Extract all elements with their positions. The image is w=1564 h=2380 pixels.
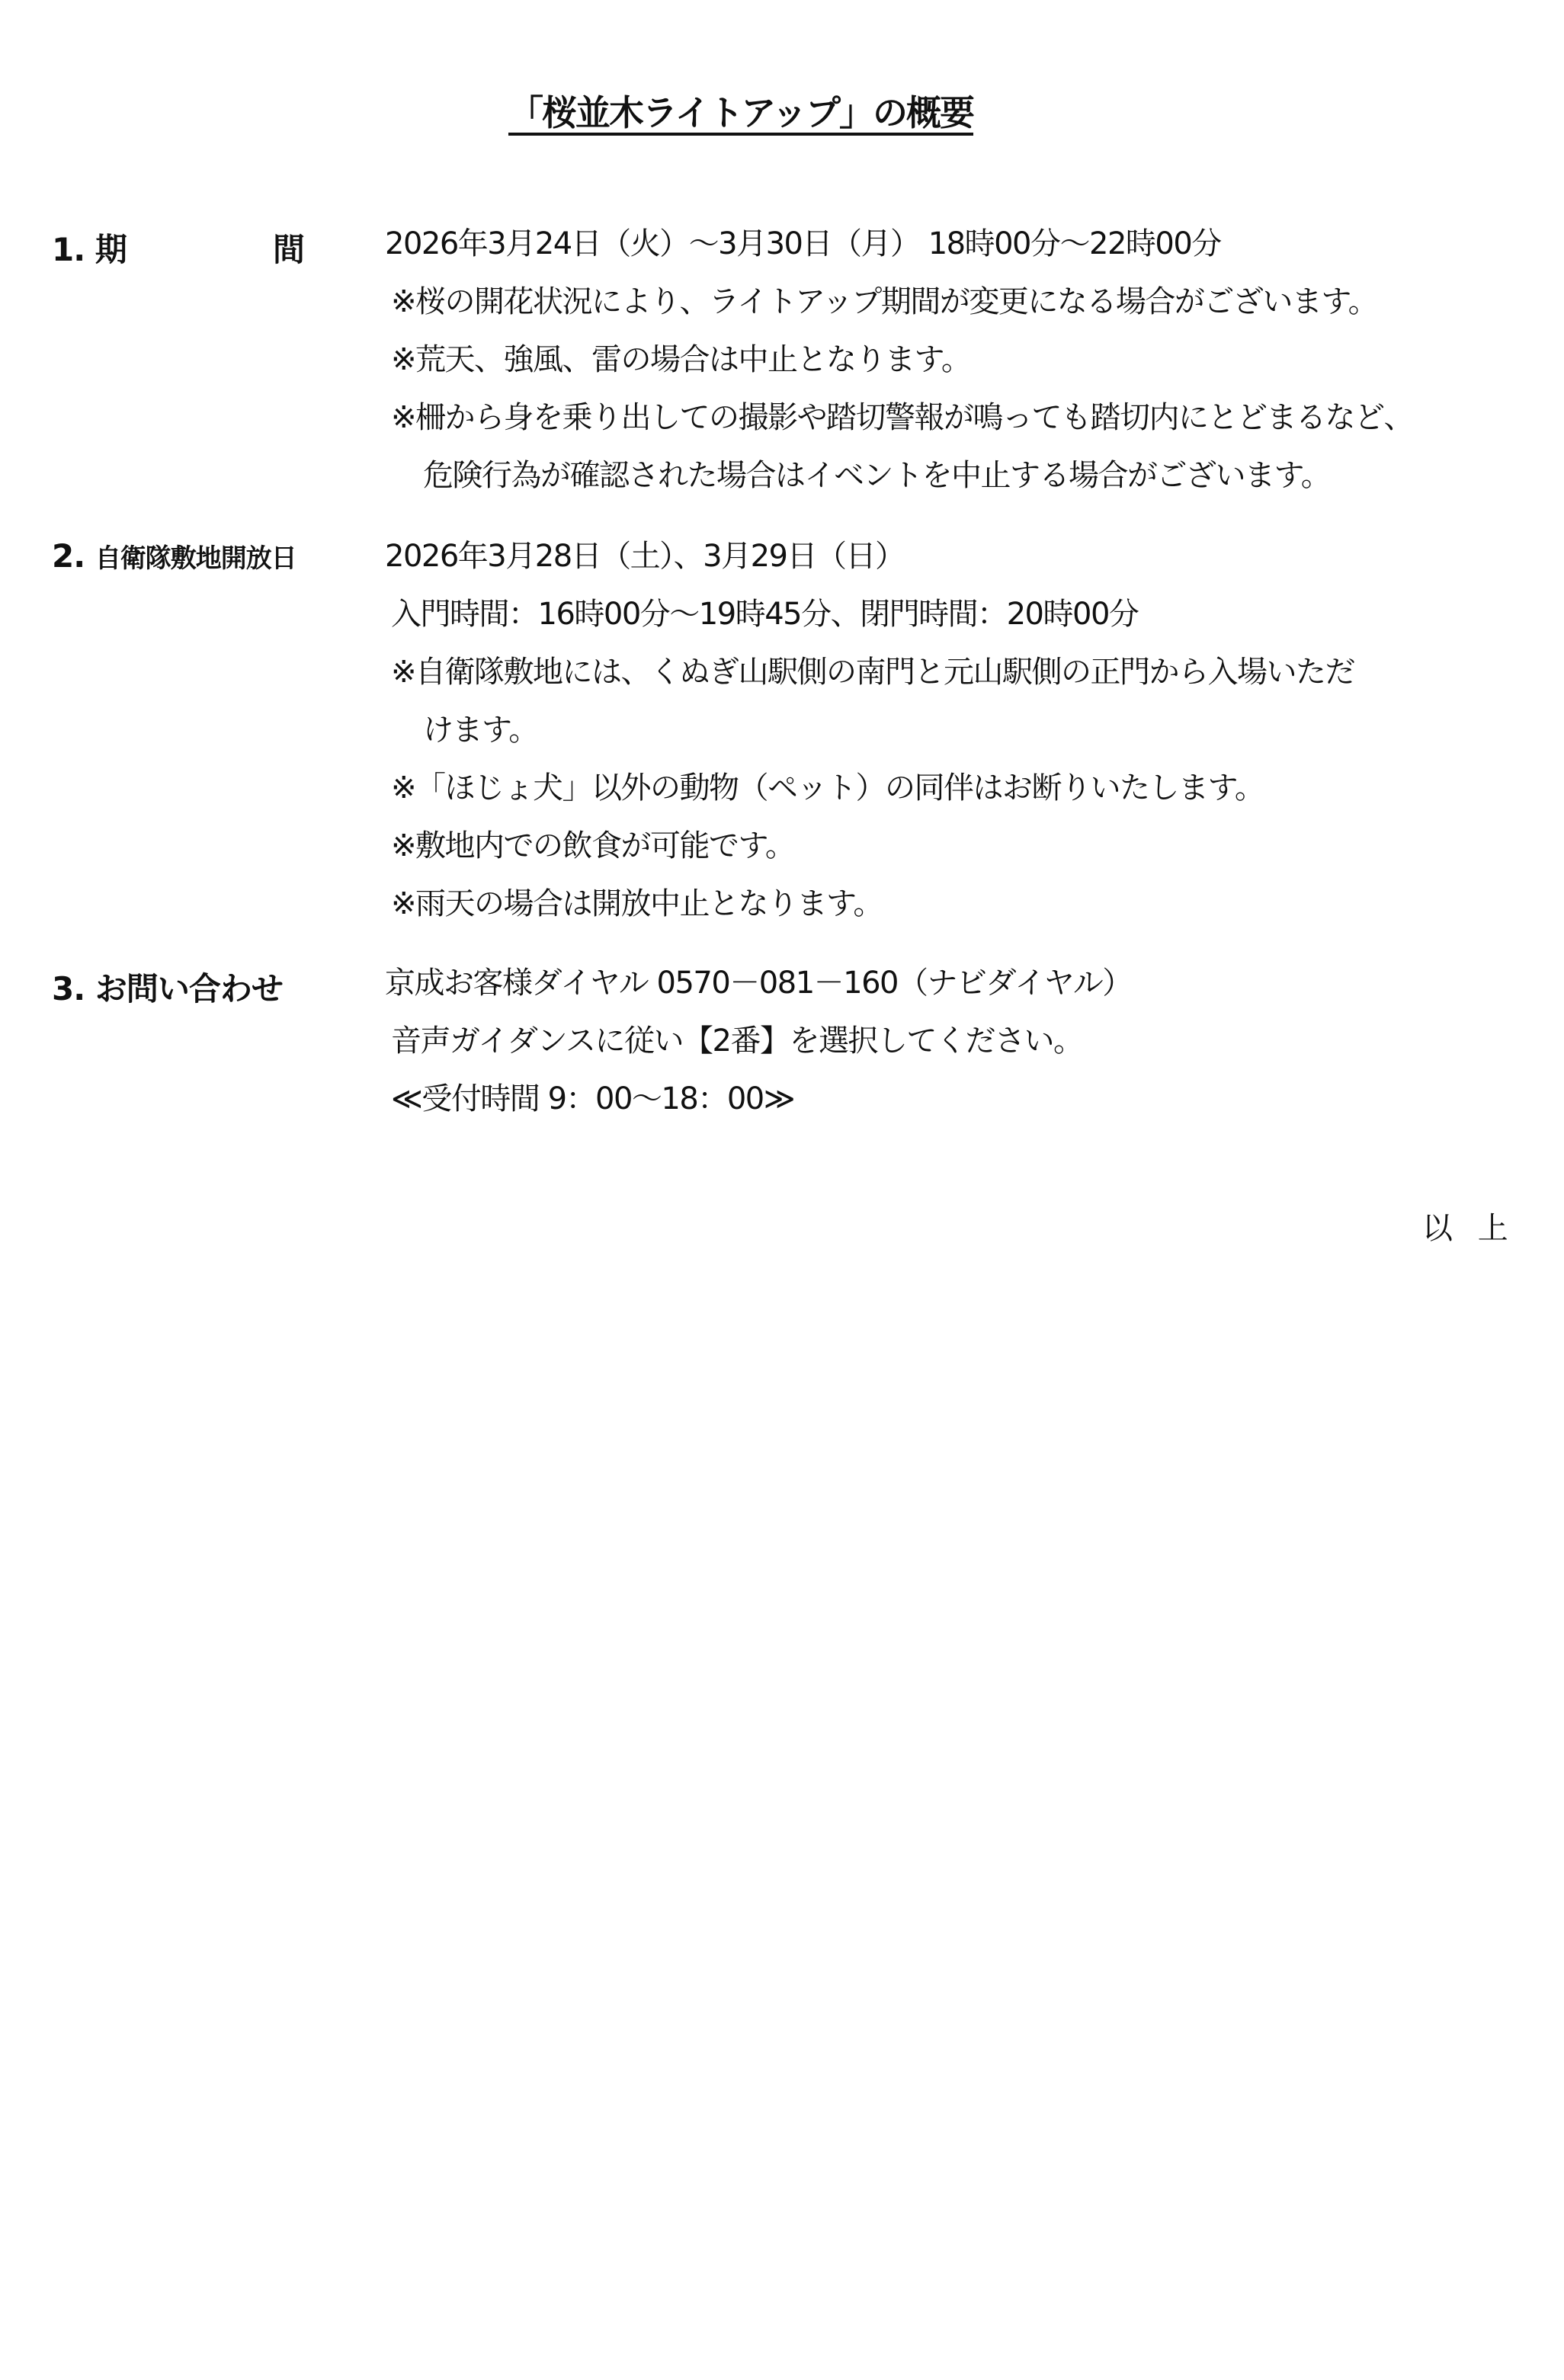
- section-label-part2: 間: [273, 225, 304, 271]
- section-contact-label: 3. お問い合わせ: [52, 964, 283, 1010]
- section-label: 自衛隊敷地開放日: [95, 543, 296, 574]
- section-number: 1.: [52, 231, 85, 268]
- section-contact-body: 京成お客様ダイヤル 0570－081－160（ナビダイヤル） 音声ガイダンスに従…: [385, 964, 1132, 1138]
- sdf-gate-times: 入門時間：16時00分～19時45分、閉門時間：20時00分: [385, 595, 1354, 653]
- section-label: お問い合わせ: [95, 970, 283, 1007]
- period-note-bloom: ※桜の開花状況により、ライトアップ期間が変更になる場合がございます。: [385, 283, 1413, 341]
- section-label-part1: 期: [95, 231, 127, 268]
- sdf-note-pets: ※「ほじょ犬」以外の動物（ペット）の同伴はお断りいたします。: [385, 769, 1354, 827]
- section-number: 3.: [52, 970, 85, 1007]
- sdf-note-rain: ※雨天の場合は開放中止となります。: [385, 885, 1354, 943]
- document-title: 「桜並木ライトアップ」の概要: [0, 85, 1482, 136]
- document-title-text: 「桜並木ライトアップ」の概要: [508, 92, 973, 133]
- contact-phone: 京成お客様ダイヤル 0570－081－160（ナビダイヤル）: [385, 964, 1132, 1022]
- period-note-safety-cont: 危険行為が確認された場合はイベントを中止する場合がございます。: [385, 456, 1413, 514]
- section-sdf-body: 2026年3月28日（土）、3月29日（日） 入門時間：16時00分～19時45…: [385, 537, 1354, 943]
- closing-mark: 以 上: [1422, 1204, 1516, 1248]
- contact-hours: ≪受付時間 9：00～18：00≫: [385, 1080, 1132, 1138]
- sdf-note-entrance: ※自衛隊敷地には、くぬぎ山駅側の南門と元山駅側の正門から入場いただ: [385, 653, 1354, 711]
- period-note-safety: ※柵から身を乗り出しての撮影や踏切警報が鳴っても踏切内にとどまるなど、: [385, 399, 1413, 456]
- period-note-weather: ※荒天、強風、雷の場合は中止となります。: [385, 341, 1413, 399]
- sdf-note-food: ※敷地内での飲食が可能です。: [385, 827, 1354, 885]
- section-number: 2.: [52, 537, 85, 575]
- sdf-dates: 2026年3月28日（土）、3月29日（日）: [385, 537, 1354, 595]
- section-sdf-label: 2. 自衛隊敷地開放日: [52, 537, 296, 575]
- section-period-body: 2026年3月24日（火）～3月30日（月） 18時00分～22時00分 ※桜の…: [385, 225, 1413, 514]
- contact-guidance: 音声ガイダンスに従い【2番】を選択してください。: [385, 1022, 1132, 1080]
- sdf-note-entrance-cont: けます。: [385, 711, 1354, 769]
- period-dates: 2026年3月24日（火）～3月30日（月） 18時00分～22時00分: [385, 225, 1413, 283]
- section-period-label: 1. 期 間: [52, 225, 127, 271]
